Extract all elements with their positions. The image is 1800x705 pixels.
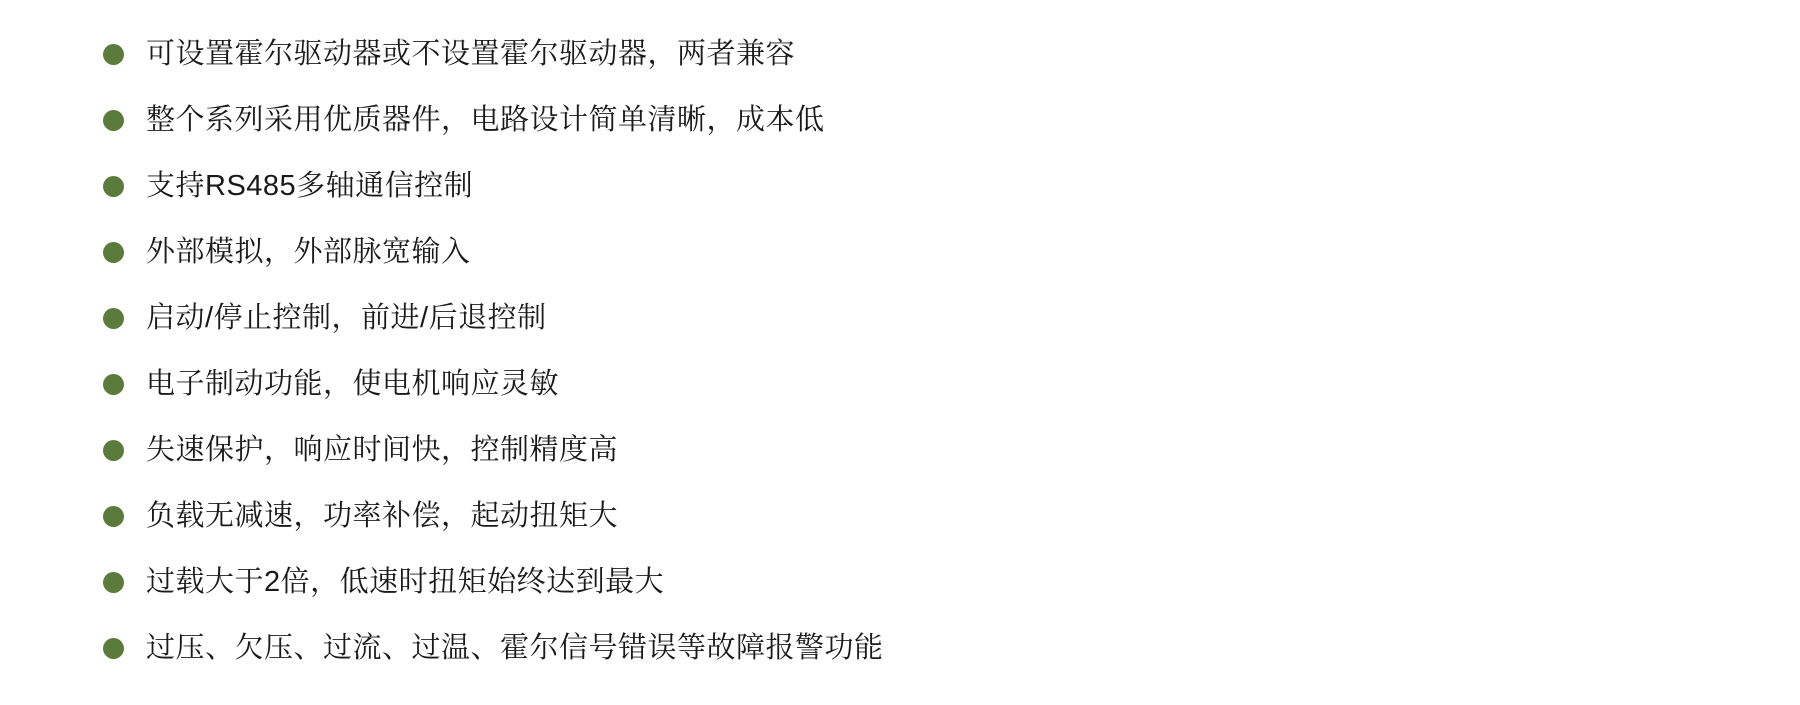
list-item-text: 外部模拟，外部脉宽输入: [146, 238, 471, 267]
list-item-text: 可设置霍尔驱动器或不设置霍尔驱动器，两者兼容: [146, 40, 795, 69]
list-item-text: 整个系列采用优质器件，电路设计简单清晰，成本低: [146, 106, 825, 135]
list-item-text: 失速保护，响应时间快，控制精度高: [146, 436, 618, 465]
bullet-icon: [103, 506, 124, 527]
bullet-icon: [103, 308, 124, 329]
bullet-icon: [103, 110, 124, 131]
bullet-icon: [103, 242, 124, 263]
bullet-icon: [103, 374, 124, 395]
list-item-text: 支持RS485多轴通信控制: [146, 172, 473, 201]
list-item: 过载大于2倍，低速时扭矩始终达到最大: [103, 549, 884, 615]
list-item: 电子制动功能，使电机响应灵敏: [103, 351, 884, 417]
bullet-icon: [103, 572, 124, 593]
list-item-text: 过压、欠压、过流、过温、霍尔信号错误等故障报警功能: [146, 634, 884, 663]
bullet-icon: [103, 638, 124, 659]
list-item: 整个系列采用优质器件，电路设计简单清晰，成本低: [103, 87, 884, 153]
list-item: 失速保护，响应时间快，控制精度高: [103, 417, 884, 483]
list-item: 负载无减速，功率补偿，起动扭矩大: [103, 483, 884, 549]
list-item: 外部模拟，外部脉宽输入: [103, 219, 884, 285]
bullet-icon: [103, 176, 124, 197]
product-features-page: 可设置霍尔驱动器或不设置霍尔驱动器，两者兼容 整个系列采用优质器件，电路设计简单…: [0, 0, 1800, 705]
bullet-icon: [103, 440, 124, 461]
list-item: 支持RS485多轴通信控制: [103, 153, 884, 219]
list-item: 可设置霍尔驱动器或不设置霍尔驱动器，两者兼容: [103, 21, 884, 87]
feature-list: 可设置霍尔驱动器或不设置霍尔驱动器，两者兼容 整个系列采用优质器件，电路设计简单…: [103, 21, 884, 681]
list-item-text: 过载大于2倍，低速时扭矩始终达到最大: [146, 568, 664, 597]
list-item: 过压、欠压、过流、过温、霍尔信号错误等故障报警功能: [103, 615, 884, 681]
bullet-icon: [103, 44, 124, 65]
list-item-text: 负载无减速，功率补偿，起动扭矩大: [146, 502, 618, 531]
list-item: 启动/停止控制，前进/后退控制: [103, 285, 884, 351]
list-item-text: 启动/停止控制，前进/后退控制: [146, 304, 547, 333]
list-item-text: 电子制动功能，使电机响应灵敏: [146, 370, 559, 399]
